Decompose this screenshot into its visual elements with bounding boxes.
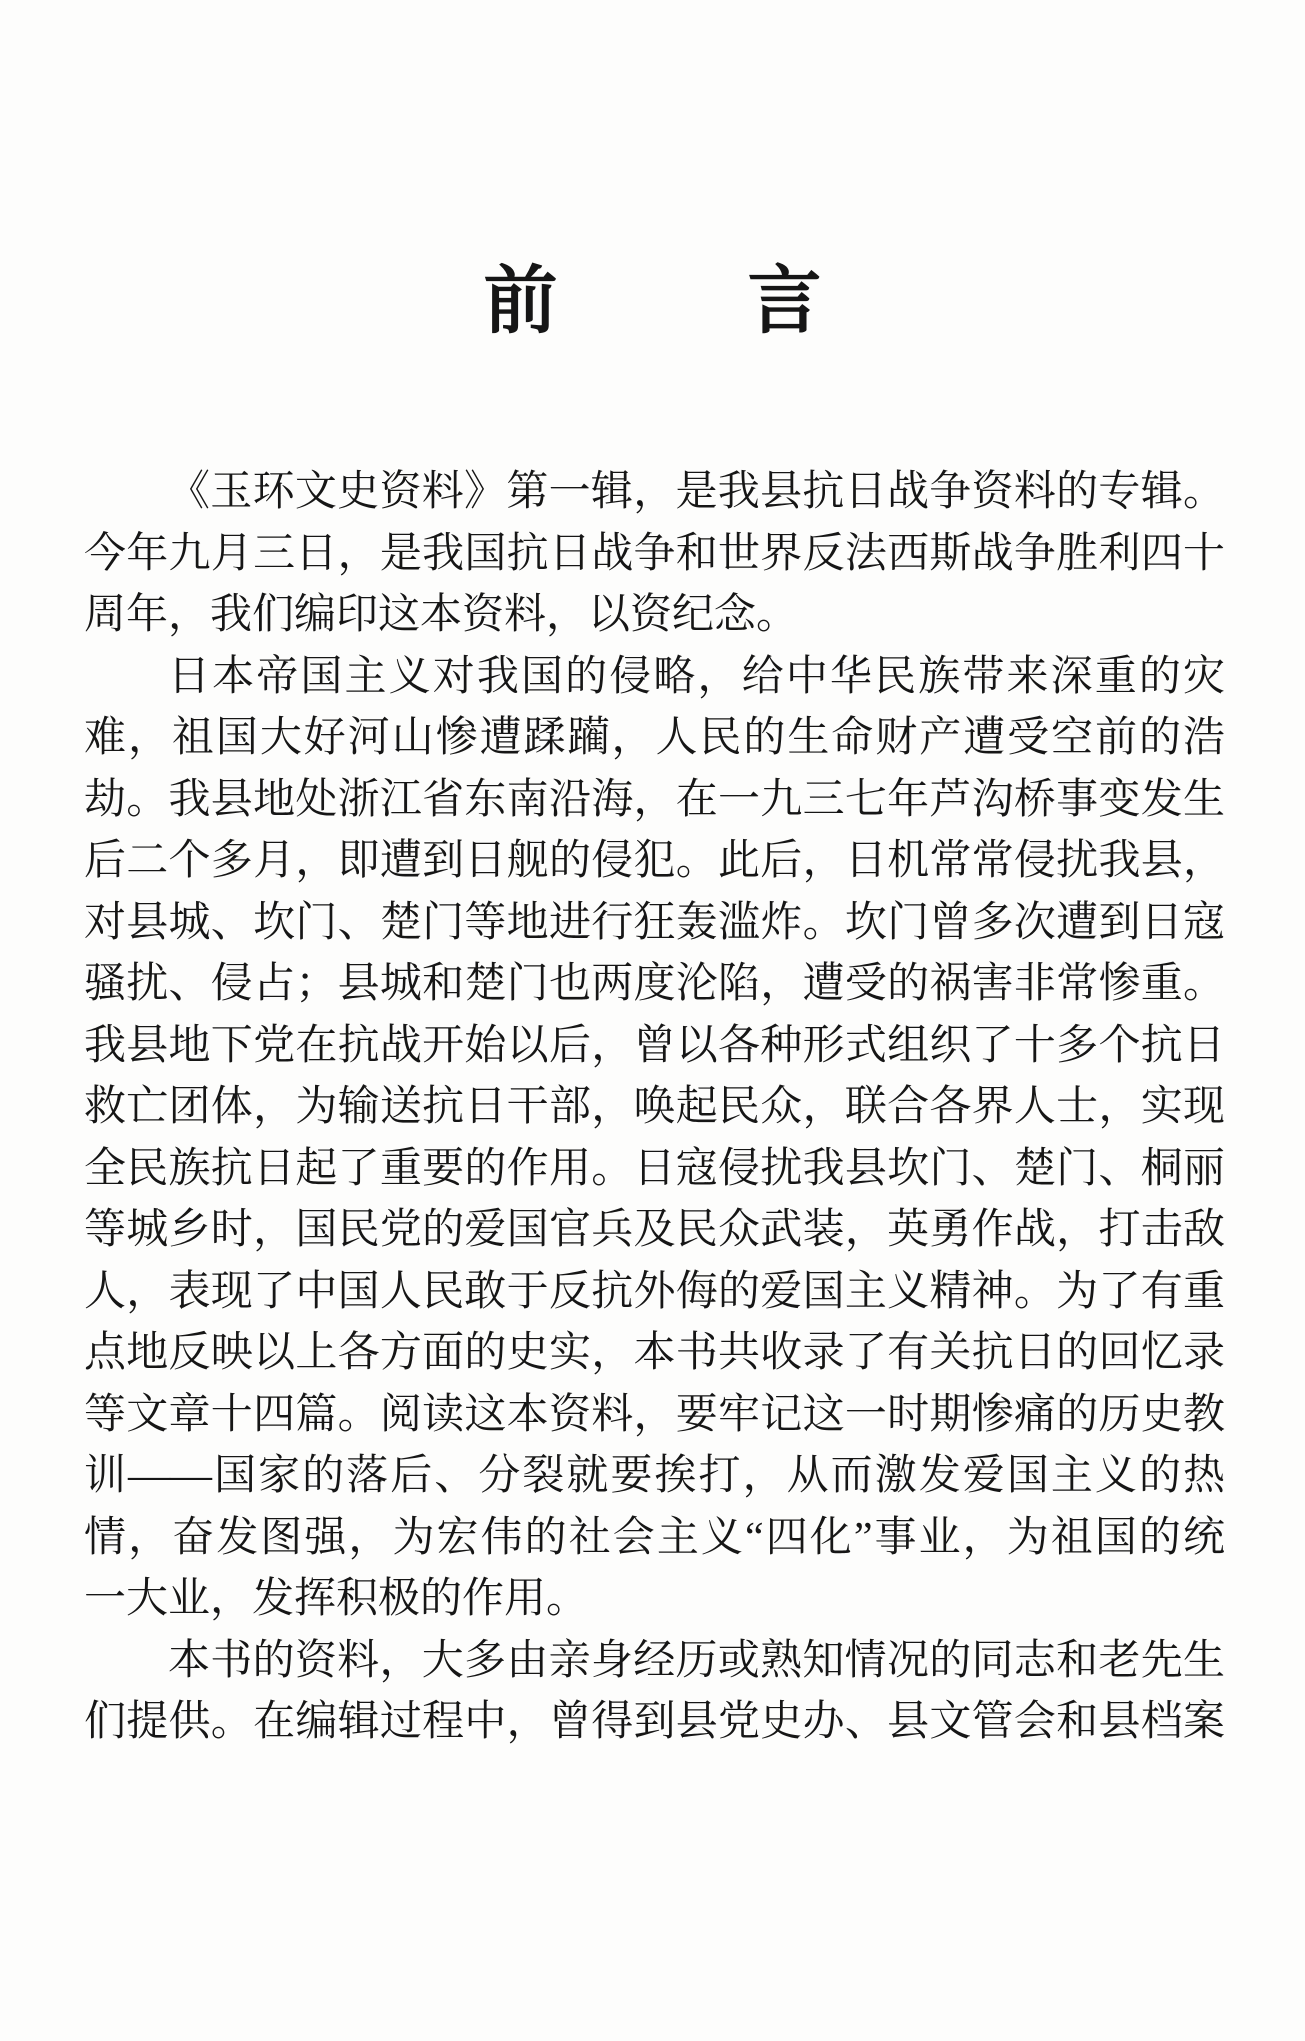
text-line: 《玉环文史资料》第一辑，是我县抗日战争资料的专辑。	[84, 462, 1225, 524]
text-line: 骚扰、侵占；县城和楚门也两度沦陷，遭受的祸害非常惨重。	[84, 954, 1225, 1016]
body-text: 《玉环文史资料》第一辑，是我县抗日战争资料的专辑。 今年九月三日，是我国抗日战争…	[84, 462, 1225, 1754]
text-line: 人，表现了中国人民敢于反抗外侮的爱国主义精神。为了有重	[84, 1262, 1225, 1324]
text-line: 劫。我县地处浙江省东南沿海，在一九三七年芦沟桥事变发生	[84, 770, 1225, 832]
text-line: 训——国家的落后、分裂就要挨打，从而激发爱国主义的热	[84, 1446, 1225, 1508]
text-line: 日本帝国主义对我国的侵略，给中华民族带来深重的灾	[84, 647, 1225, 709]
text-line: 等文章十四篇。阅读这本资料，要牢记这一时期惨痛的历史教	[84, 1385, 1225, 1447]
text-line: 周年，我们编印这本资料，以资纪念。	[84, 585, 1225, 647]
text-line: 今年九月三日，是我国抗日战争和世界反法西斯战争胜利四十	[84, 524, 1225, 586]
text-line: 救亡团体，为输送抗日干部，唤起民众，联合各界人士，实现	[84, 1077, 1225, 1139]
text-line: 全民族抗日起了重要的作用。日寇侵扰我县坎门、楚门、桐丽	[84, 1139, 1225, 1201]
text-line: 等城乡时，国民党的爱国官兵及民众武装，英勇作战，打击敌	[84, 1200, 1225, 1262]
text-line: 我县地下党在抗战开始以后，曾以各种形式组织了十多个抗日	[84, 1016, 1225, 1078]
page-title: 前 言	[0, 252, 1305, 352]
page-title-char-1: 前	[484, 252, 558, 352]
scan-page: 前 言 《玉环文史资料》第一辑，是我县抗日战争资料的专辑。 今年九月三日，是我国…	[0, 0, 1305, 2041]
text-line: 后二个多月，即遭到日舰的侵犯。此后，日机常常侵扰我县，	[84, 831, 1225, 893]
text-line: 一大业，发挥积极的作用。	[84, 1569, 1225, 1631]
page-title-char-2: 言	[748, 252, 822, 352]
text-line: 们提供。在编辑过程中，曾得到县党史办、县文管会和县档案	[84, 1692, 1225, 1754]
text-line: 对县城、坎门、楚门等地进行狂轰滥炸。坎门曾多次遭到日寇	[84, 893, 1225, 955]
text-line: 点地反映以上各方面的史实，本书共收录了有关抗日的回忆录	[84, 1323, 1225, 1385]
text-line: 本书的资料，大多由亲身经历或熟知情况的同志和老先生	[84, 1631, 1225, 1693]
text-line: 难，祖国大好河山惨遭蹂躏，人民的生命财产遭受空前的浩	[84, 708, 1225, 770]
text-line: 情，奋发图强，为宏伟的社会主义“四化”事业，为祖国的统	[84, 1508, 1225, 1570]
